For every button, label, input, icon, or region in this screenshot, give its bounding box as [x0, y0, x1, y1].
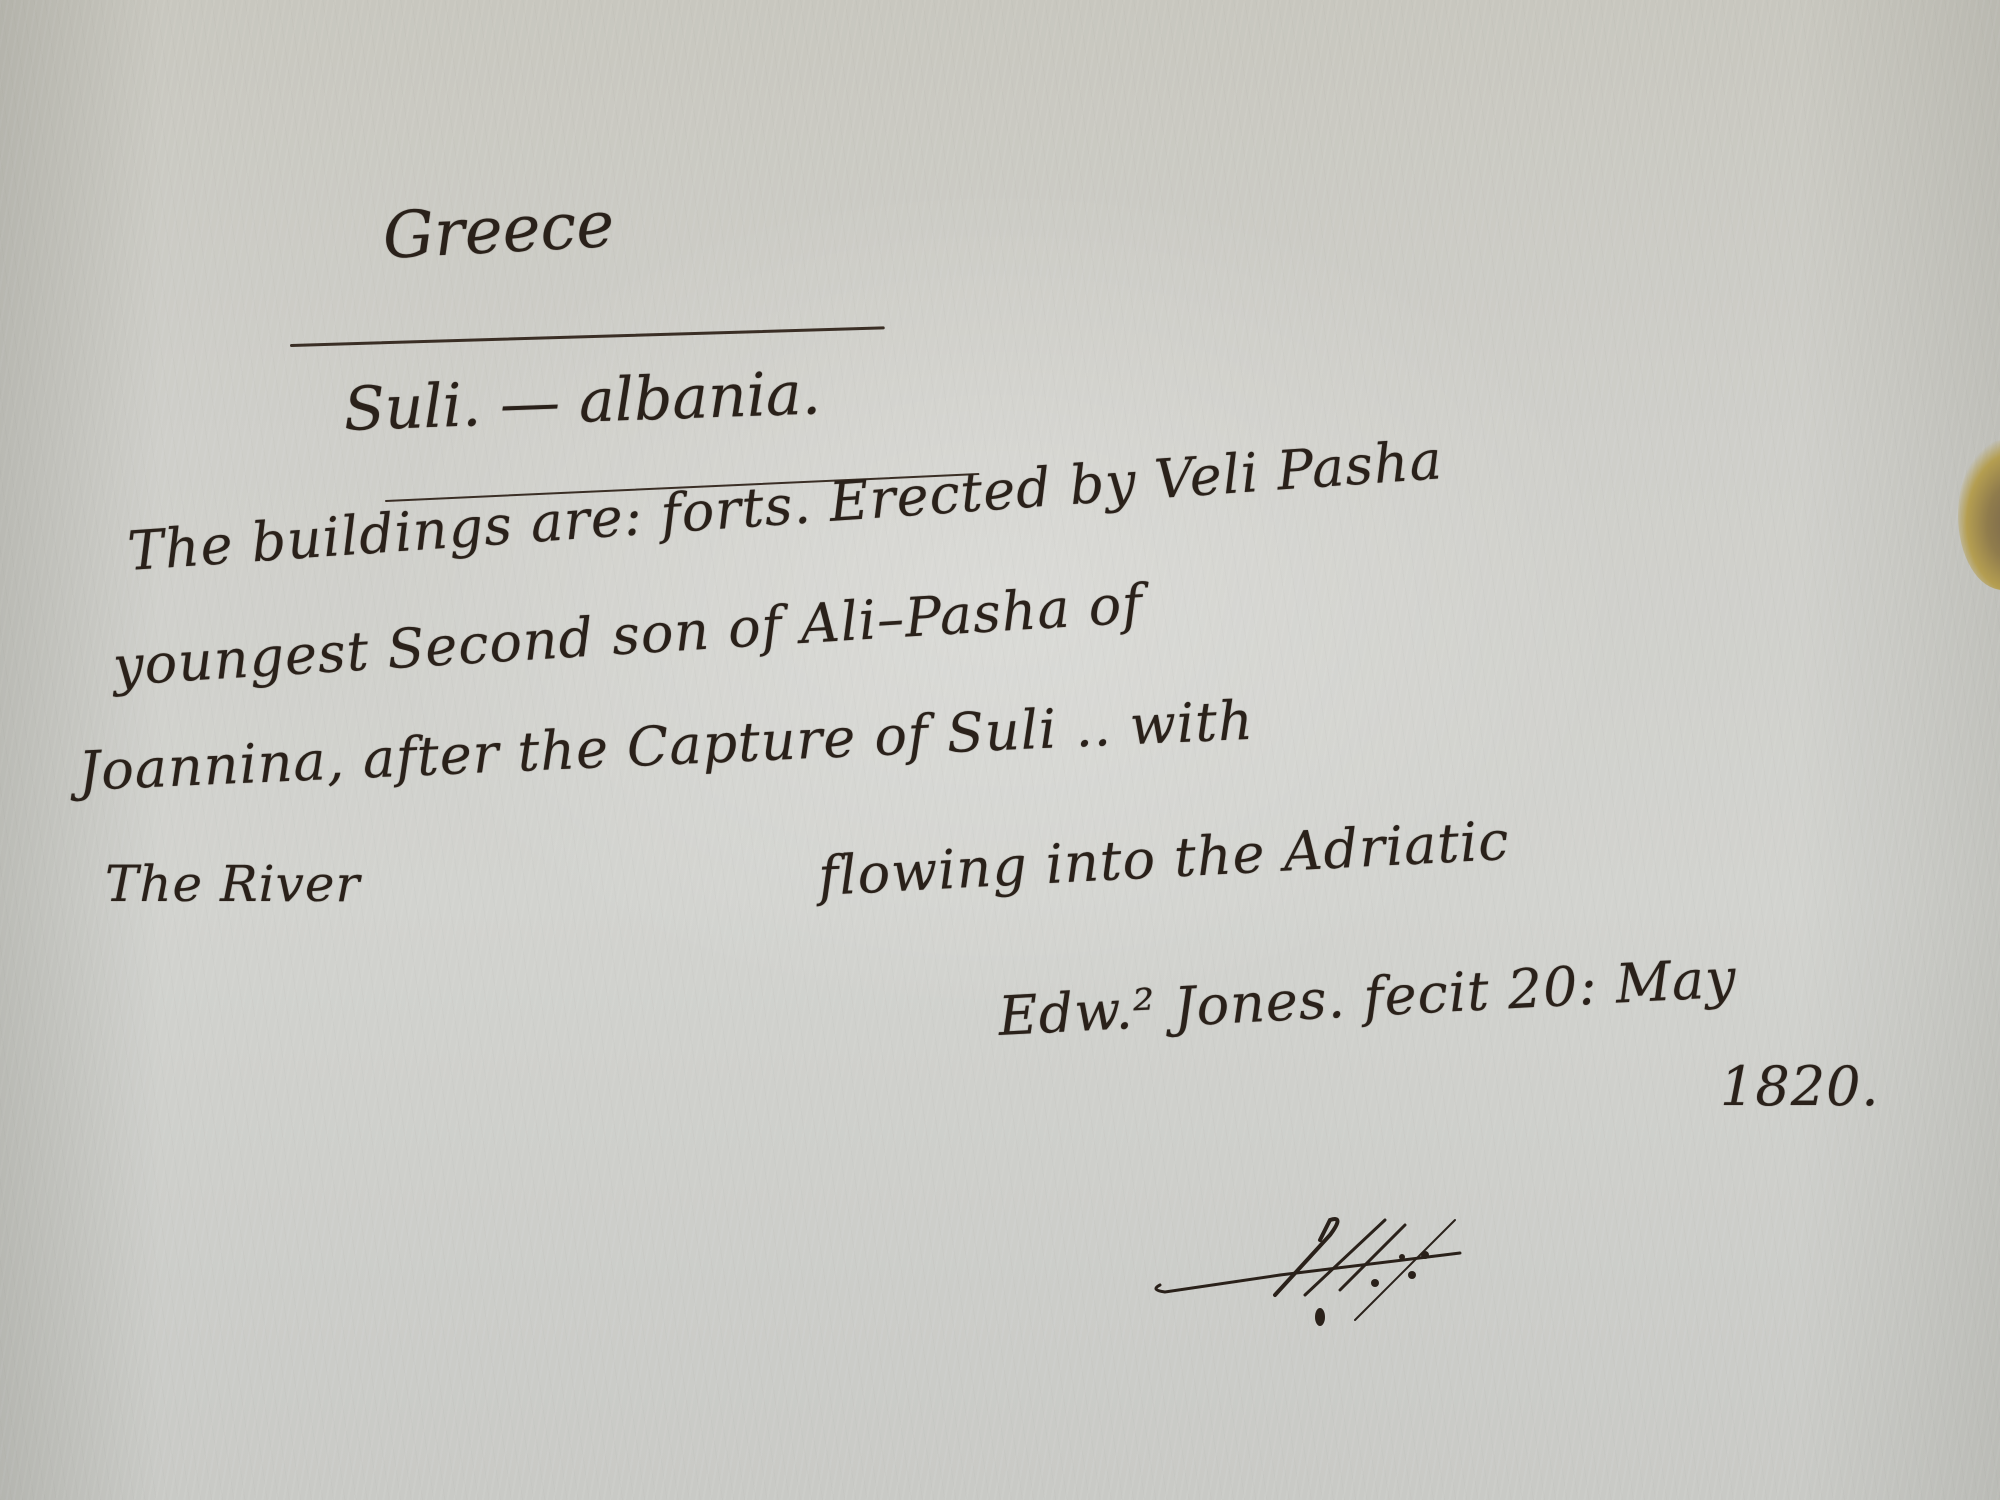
heading: Greece — [381, 188, 616, 274]
text-line-4: The River — [105, 855, 360, 913]
attribution-year: 1820. — [1720, 1055, 1880, 1118]
monogram-icon — [1140, 1175, 1480, 1335]
